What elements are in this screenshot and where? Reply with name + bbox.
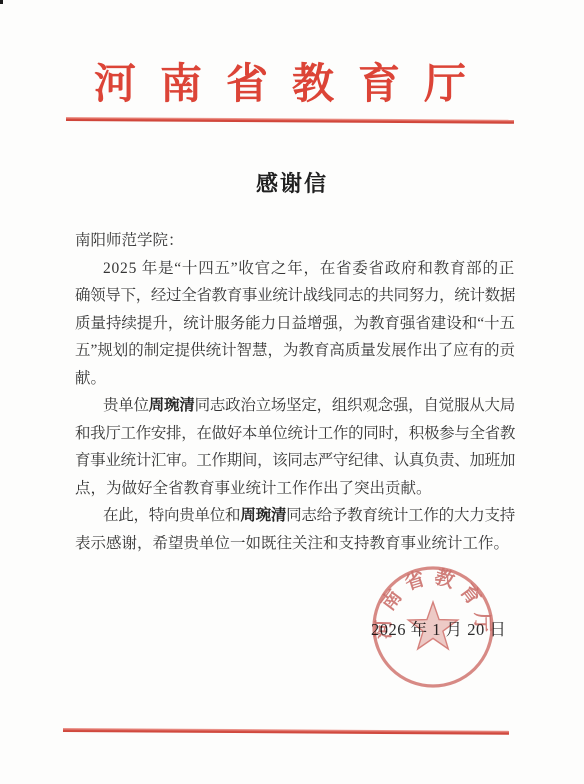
footer-rule <box>63 728 509 734</box>
official-seal: 河南省教育厅 <box>367 561 499 693</box>
letter-body: 南阳师范学院：2025 年是“十四五”收官之年，在省委省政府和教育部的正确领导下… <box>75 227 515 557</box>
body-line: 2025 年是“十四五”收官之年，在省委省政府和教育部的正 <box>75 255 515 283</box>
body-line: 南阳师范学院： <box>75 227 515 255</box>
body-line: 贵单位周琬清同志政治立场坚定，组织观念强，自觉服从大局 <box>75 392 515 420</box>
body-line: 育事业统计汇审。工作期间，该同志严守纪律、认真负责、加班加 <box>75 447 515 475</box>
body-line: 献。 <box>75 365 515 393</box>
star-icon <box>408 602 457 649</box>
body-line: 在此，特向贵单位和周琬清同志给予教育统计工作的大力支持 <box>75 502 515 530</box>
body-line: 质量持续提升，统计服务能力日益增强，为教育强省建设和“十五 <box>75 310 515 338</box>
body-line: 点，为做好全省教育事业统计工作作出了突出贡献。 <box>75 475 515 503</box>
body-line: 表示感谢，希望贵单位一如既往关注和支持教育事业统计工作。 <box>75 530 515 558</box>
scan-artifact-dot <box>0 0 3 4</box>
letter-page: 河南省教育厅 感谢信 南阳师范学院：2025 年是“十四五”收官之年，在省委省政… <box>0 0 584 784</box>
letter-title: 感谢信 <box>0 167 584 198</box>
person-name: 周琬清 <box>240 507 286 524</box>
body-line: 和我厅工作安排，在做好本单位统计工作的同时，积极参与全省教 <box>75 420 515 448</box>
person-name: 周琬清 <box>149 397 195 414</box>
agency-name: 河南省教育厅 <box>0 64 584 106</box>
body-line: 五”规划的制定提供统计智慧，为教育高质量发展作出了应有的贡 <box>75 337 515 365</box>
body-line: 确领导下，经过全省教育事业统计战线同志的共同努力，统计数据 <box>75 282 515 310</box>
header-rule <box>66 117 514 124</box>
